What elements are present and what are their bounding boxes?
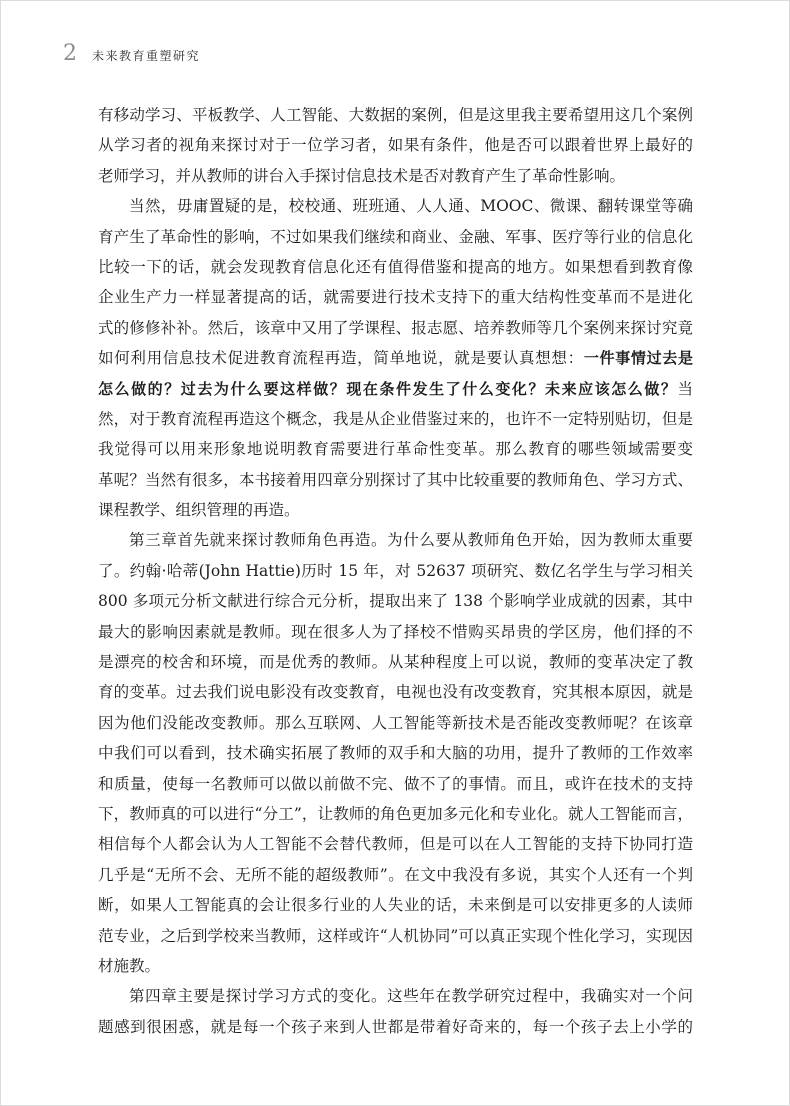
text-run: 课程教学、组织管理的再造。: [98, 501, 300, 519]
text-run: 几乎是“无所不会、无所不能的超级教师”。在文中我没有多说，其实个人还有一个判: [98, 866, 693, 884]
text-line: 和质量，使每一名教师可以做以前做不完、做不了的事情。而且，或许在技术的支持: [98, 769, 693, 799]
body-text: 有移动学习、平板教学、人工智能、大数据的案例，但是这里我主要希望用这几个案例从学…: [98, 100, 693, 1042]
text-line: 革呢？当然有很多，本书接着用四章分别探讨了其中比较重要的教师角色、学习方式、: [98, 465, 693, 495]
text-run: 最大的影响因素就是教师。现在很多人为了择校不惜购买昂贵的学区房，他们择的不: [98, 623, 693, 641]
text-run: 断，如果人工智能真的会让很多行业的人失业的话，未来倒是可以安排更多的人读师: [98, 896, 693, 914]
text-line: 如何利用信息技术促进教育流程再造，简单地说，就是要认真想想：一件事情过去是: [98, 343, 693, 373]
text-line: 因为他们没能改变教师。那么互联网、人工智能等新技术是否能改变教师呢？在该章: [98, 708, 693, 738]
text-line: 企业生产力一样显著提高的话，就需要进行技术支持下的重大结构性变革而不是进化: [98, 282, 693, 312]
text-line: 最大的影响因素就是教师。现在很多人为了择校不惜购买昂贵的学区房，他们择的不: [98, 617, 693, 647]
text-run: 我觉得可以用来形象地说明教育需要进行革命性变革。那么教育的哪些领域需要变: [98, 440, 693, 458]
text-line: 有移动学习、平板教学、人工智能、大数据的案例，但是这里我主要希望用这几个案例: [98, 100, 693, 130]
text-line: 材施教。: [98, 951, 693, 981]
text-run: 第三章首先就来探讨教师角色再造。为什么要从教师角色开始，因为教师太重要: [129, 531, 693, 549]
text-line: 第四章主要是探讨学习方式的变化。这些年在教学研究过程中，我确实对一个问: [98, 981, 693, 1011]
text-line: 从学习者的视角来探讨对于一位学习者，如果有条件，他是否可以跟着世界上最好的: [98, 130, 693, 160]
text-run: 从学习者的视角来探讨对于一位学习者，如果有条件，他是否可以跟着世界上最好的: [98, 136, 693, 154]
text-run: 企业生产力一样显著提高的话，就需要进行技术支持下的重大结构性变革而不是进化: [98, 288, 693, 306]
text-line: 断，如果人工智能真的会让很多行业的人失业的话，未来倒是可以安排更多的人读师: [98, 890, 693, 920]
text-line: 育产生了革命性的影响，不过如果我们继续和商业、金融、军事、医疗等行业的信息化: [98, 222, 693, 252]
page-header: 2 未来教育重塑研究: [63, 43, 200, 65]
text-run: 范专业，之后到学校来当教师，这样或许“人机协同”可以真正实现个性化学习，实现因: [98, 927, 693, 945]
bold-text-run: 怎么做的？过去为什么要这样做？现在条件发生了什么变化？未来应该怎么做？: [98, 380, 677, 398]
text-line: 课程教学、组织管理的再造。: [98, 495, 693, 525]
text-run: 老师学习，并从教师的讲台入手探讨信息技术是否对教育产生了革命性影响。: [98, 167, 625, 185]
page-number: 2: [63, 43, 77, 65]
text-line: 育的变革。过去我们说电影没有改变教育，电视也没有改变教育，究其根本原因，就是: [98, 677, 693, 707]
text-run: 革呢？当然有很多，本书接着用四章分别探讨了其中比较重要的教师角色、学习方式、: [98, 471, 693, 489]
text-run: 800 多项元分析文献进行综合元分析，提取出来了 138 个影响学业成就的因素，…: [98, 592, 693, 610]
text-run: 然，对于教育流程再造这个概念，我是从企业借鉴过来的，也许不一定特别贴切，但是: [98, 410, 693, 428]
text-run: 是漂亮的校舍和环境，而是优秀的教师。从某种程度上可以说，教师的变革决定了教: [98, 653, 693, 671]
text-run: 题感到很困惑，就是每一个孩子来到人世都是带着好奇来的，每一个孩子去上小学的: [98, 1018, 693, 1036]
text-run: 材施教。: [98, 957, 160, 975]
text-line: 怎么做的？过去为什么要这样做？现在条件发生了什么变化？未来应该怎么做？当: [98, 374, 693, 404]
text-run: 有移动学习、平板教学、人工智能、大数据的案例，但是这里我主要希望用这几个案例: [98, 106, 693, 124]
text-line: 了。约翰·哈蒂(John Hattie)历时 15 年，对 52637 项研究、…: [98, 556, 693, 586]
text-run: 育产生了革命性的影响，不过如果我们继续和商业、金融、军事、医疗等行业的信息化: [98, 228, 693, 246]
text-line: 相信每个人都会认为人工智能不会替代教师，但是可以在人工智能的支持下协同打造: [98, 829, 693, 859]
text-run: 当: [677, 380, 693, 398]
text-line: 题感到很困惑，就是每一个孩子来到人世都是带着好奇来的，每一个孩子去上小学的: [98, 1012, 693, 1042]
text-line: 第三章首先就来探讨教师角色再造。为什么要从教师角色开始，因为教师太重要: [98, 525, 693, 555]
text-run: 式的修修补补。然后，该章中又用了学课程、报志愿、培养教师等几个案例来探讨究竟: [98, 319, 693, 337]
text-line: 比较一下的话，就会发现教育信息化还有值得借鉴和提高的地方。如果想看到教育像: [98, 252, 693, 282]
text-run: 和质量，使每一名教师可以做以前做不完、做不了的事情。而且，或许在技术的支持: [98, 775, 693, 793]
text-run: 育的变革。过去我们说电影没有改变教育，电视也没有改变教育，究其根本原因，就是: [98, 683, 693, 701]
text-run: 因为他们没能改变教师。那么互联网、人工智能等新技术是否能改变教师呢？在该章: [98, 714, 693, 732]
text-line: 中我们可以看到，技术确实拓展了教师的双手和大脑的功用，提升了教师的工作效率: [98, 738, 693, 768]
text-run: 了。约翰·哈蒂(John Hattie)历时 15 年，对 52637 项研究、…: [98, 562, 693, 586]
bold-text-run: 一件事情过去是: [584, 349, 693, 367]
text-run: 下，教师真的可以进行“分工”，让教师的角色更加多元化和专业化。就人工智能而言，: [98, 805, 693, 823]
text-line: 我觉得可以用来形象地说明教育需要进行革命性变革。那么教育的哪些领域需要变: [98, 434, 693, 464]
text-run: 当然，毋庸置疑的是，校校通、班班通、人人通、MOOC、微课、翻转课堂等确实对教: [98, 197, 693, 221]
text-line: 下，教师真的可以进行“分工”，让教师的角色更加多元化和专业化。就人工智能而言，: [98, 799, 693, 829]
text-line: 当然，毋庸置疑的是，校校通、班班通、人人通、MOOC、微课、翻转课堂等确实对教: [98, 191, 693, 221]
text-run: 比较一下的话，就会发现教育信息化还有值得借鉴和提高的地方。如果想看到教育像: [98, 258, 693, 276]
text-line: 800 多项元分析文献进行综合元分析，提取出来了 138 个影响学业成就的因素，…: [98, 586, 693, 616]
text-line: 老师学习，并从教师的讲台入手探讨信息技术是否对教育产生了革命性影响。: [98, 161, 693, 191]
text-run: 相信每个人都会认为人工智能不会替代教师，但是可以在人工智能的支持下协同打造: [98, 835, 693, 853]
text-run: 中我们可以看到，技术确实拓展了教师的双手和大脑的功用，提升了教师的工作效率: [98, 744, 693, 762]
text-line: 范专业，之后到学校来当教师，这样或许“人机协同”可以真正实现个性化学习，实现因: [98, 921, 693, 951]
text-line: 几乎是“无所不会、无所不能的超级教师”。在文中我没有多说，其实个人还有一个判: [98, 860, 693, 890]
text-run: 第四章主要是探讨学习方式的变化。这些年在教学研究过程中，我确实对一个问: [129, 987, 693, 1005]
text-line: 是漂亮的校舍和环境，而是优秀的教师。从某种程度上可以说，教师的变革决定了教: [98, 647, 693, 677]
text-line: 式的修修补补。然后，该章中又用了学课程、报志愿、培养教师等几个案例来探讨究竟: [98, 313, 693, 343]
text-line: 然，对于教育流程再造这个概念，我是从企业借鉴过来的，也许不一定特别贴切，但是: [98, 404, 693, 434]
book-page: 2 未来教育重塑研究 有移动学习、平板教学、人工智能、大数据的案例，但是这里我主…: [0, 0, 790, 1106]
text-run: 如何利用信息技术促进教育流程再造，简单地说，就是要认真想想：: [98, 349, 584, 367]
running-title: 未来教育重塑研究: [92, 44, 200, 64]
